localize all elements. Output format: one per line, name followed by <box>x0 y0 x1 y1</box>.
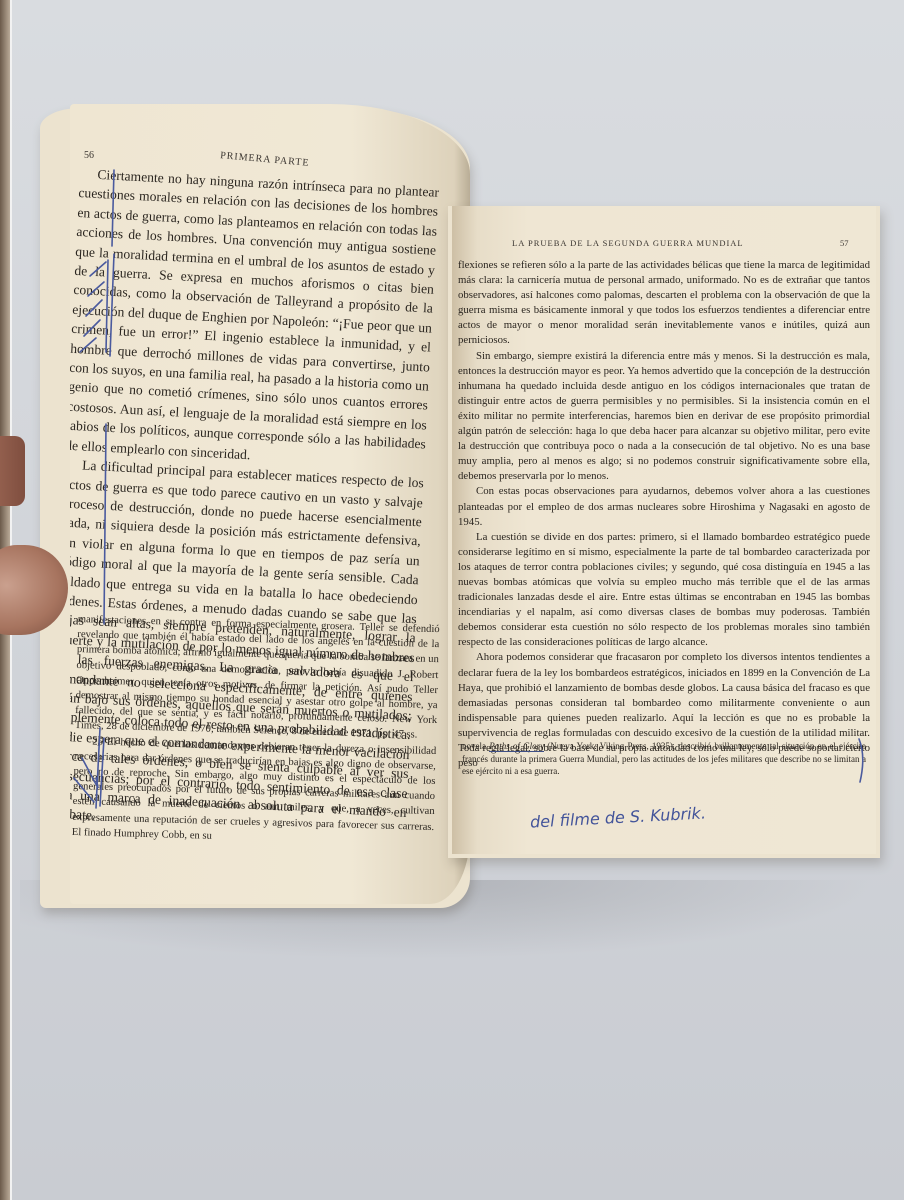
footnote-prefix: novela <box>462 741 489 751</box>
margin-bracket-icon <box>856 736 870 786</box>
page-number-left: 56 <box>84 150 94 161</box>
paragraph: flexiones se refieren sólo a la parte de… <box>458 258 870 349</box>
running-head-left: PRIMERA PARTE <box>220 150 310 169</box>
running-head-right: LA PRUEBA DE LA SEGUNDA GUERRA MUNDIAL <box>512 238 744 248</box>
margin-check-icon <box>70 718 130 818</box>
finger <box>0 436 25 506</box>
left-page: 56 PRIMERA PARTE Ciertamente no hay ning… <box>70 104 470 904</box>
page-number-right: 57 <box>840 238 849 248</box>
paragraph: Con estas pocas observaciones para ayuda… <box>458 484 870 529</box>
right-page: LA PRUEBA DE LA SEGUNDA GUERRA MUNDIAL 5… <box>452 206 876 854</box>
right-footnote: novela Paths of Glory (Nueva York: Vikin… <box>462 740 866 778</box>
book-title: Paths of Glory <box>489 741 544 752</box>
paragraph: Sin embargo, siempre existirá la diferen… <box>458 349 870 485</box>
right-body-text: flexiones se refieren sólo a la parte de… <box>458 258 870 771</box>
paragraph: La cuestión se divide en dos partes: pri… <box>458 530 870 651</box>
margin-line-icon <box>70 404 110 634</box>
margin-bracket-icon <box>70 166 130 366</box>
